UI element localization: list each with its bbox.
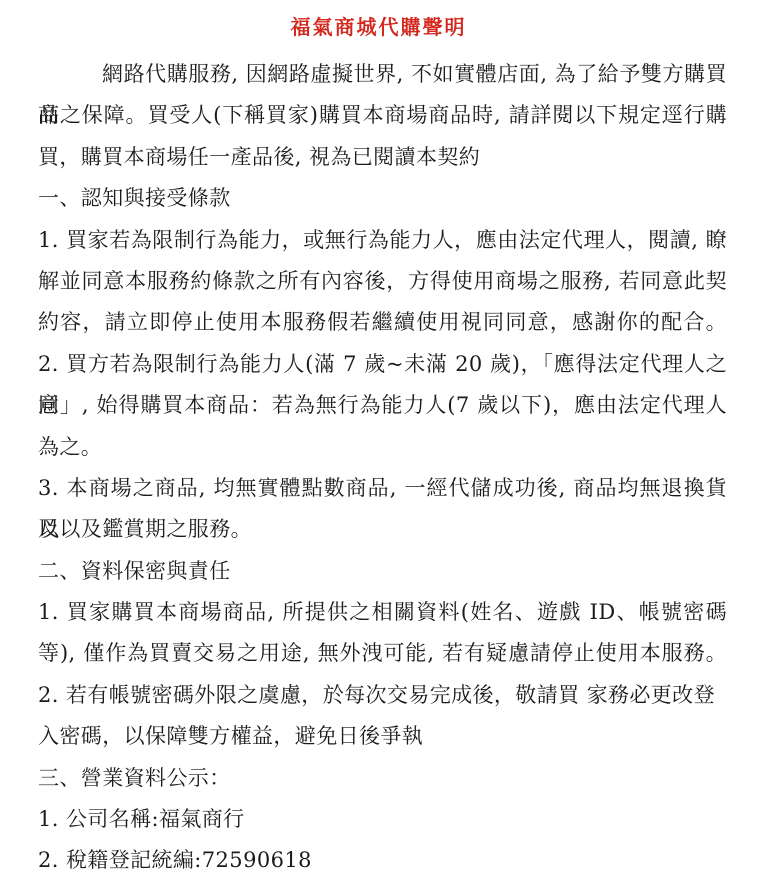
document-body: 網路代購服務, 因網路虛擬世界, 不如實體店面, 為了給予雙方購買商 品之保障。…: [0, 54, 757, 882]
doc-line: 1. 買家購買本商場商品, 所提供之相關資料(姓名、遊戲 ID、帳號密碼: [38, 592, 727, 633]
doc-line: 2. 買方若為限制行為能力人(滿 7 歲~未滿 20 歲)，「應得法定代理人之同: [38, 344, 727, 385]
doc-line: 3. 本商場之商品, 均無實體點數商品, 一經代儲成功後, 商品均無退換貨以: [38, 468, 727, 509]
document-title: 福氣商城代購聲明: [0, 0, 757, 54]
doc-line: 2. 稅籍登記統編:72590618: [38, 840, 727, 881]
doc-line: 二、資料保密與責任: [38, 551, 727, 592]
doc-line: 1. 買家若為限制行為能力，或無行為能力人，應由法定代理人，閱讀, 瞭: [38, 220, 727, 261]
doc-line: 一、認知與接受條款: [38, 178, 727, 219]
doc-line: 網路代購服務, 因網路虛擬世界, 不如實體店面, 為了給予雙方購買商: [38, 54, 727, 95]
doc-line: 及以及鑑賞期之服務。: [38, 509, 727, 550]
doc-line: 等), 僅作為買賣交易之用途, 無外洩可能, 若有疑慮請停止使用本服務。: [38, 633, 727, 674]
document-page: 福氣商城代購聲明 網路代購服務, 因網路虛擬世界, 不如實體店面, 為了給予雙方…: [0, 0, 757, 882]
doc-line: 入密碼，以保障雙方權益，避免日後爭執: [38, 716, 727, 757]
doc-line: 解並同意本服務約條款之所有內容後，方得使用商場之服務, 若同意此契: [38, 261, 727, 302]
doc-line: 2. 若有帳號密碼外限之虞慮，於每次交易完成後，敬請買 家務必更改登: [38, 675, 727, 716]
doc-line: 三、營業資料公示：: [38, 758, 727, 799]
doc-line: 為之。: [38, 427, 727, 468]
doc-line: 品之保障。買受人(下稱買家)購買本商場商品時, 請詳閱以下規定逕行購: [38, 95, 727, 136]
doc-line: 約容，請立即停止使用本服務假若繼續使用視同同意，感謝你的配合。: [38, 302, 727, 343]
doc-line: 買，購買本商場任一產品後, 視為已閱讀本契約: [38, 137, 727, 178]
doc-line: 意」, 始得購買本商品：若為無行為能力人(7 歲以下)，應由法定代理人: [38, 385, 727, 426]
doc-line: 1. 公司名稱:福氣商行: [38, 799, 727, 840]
